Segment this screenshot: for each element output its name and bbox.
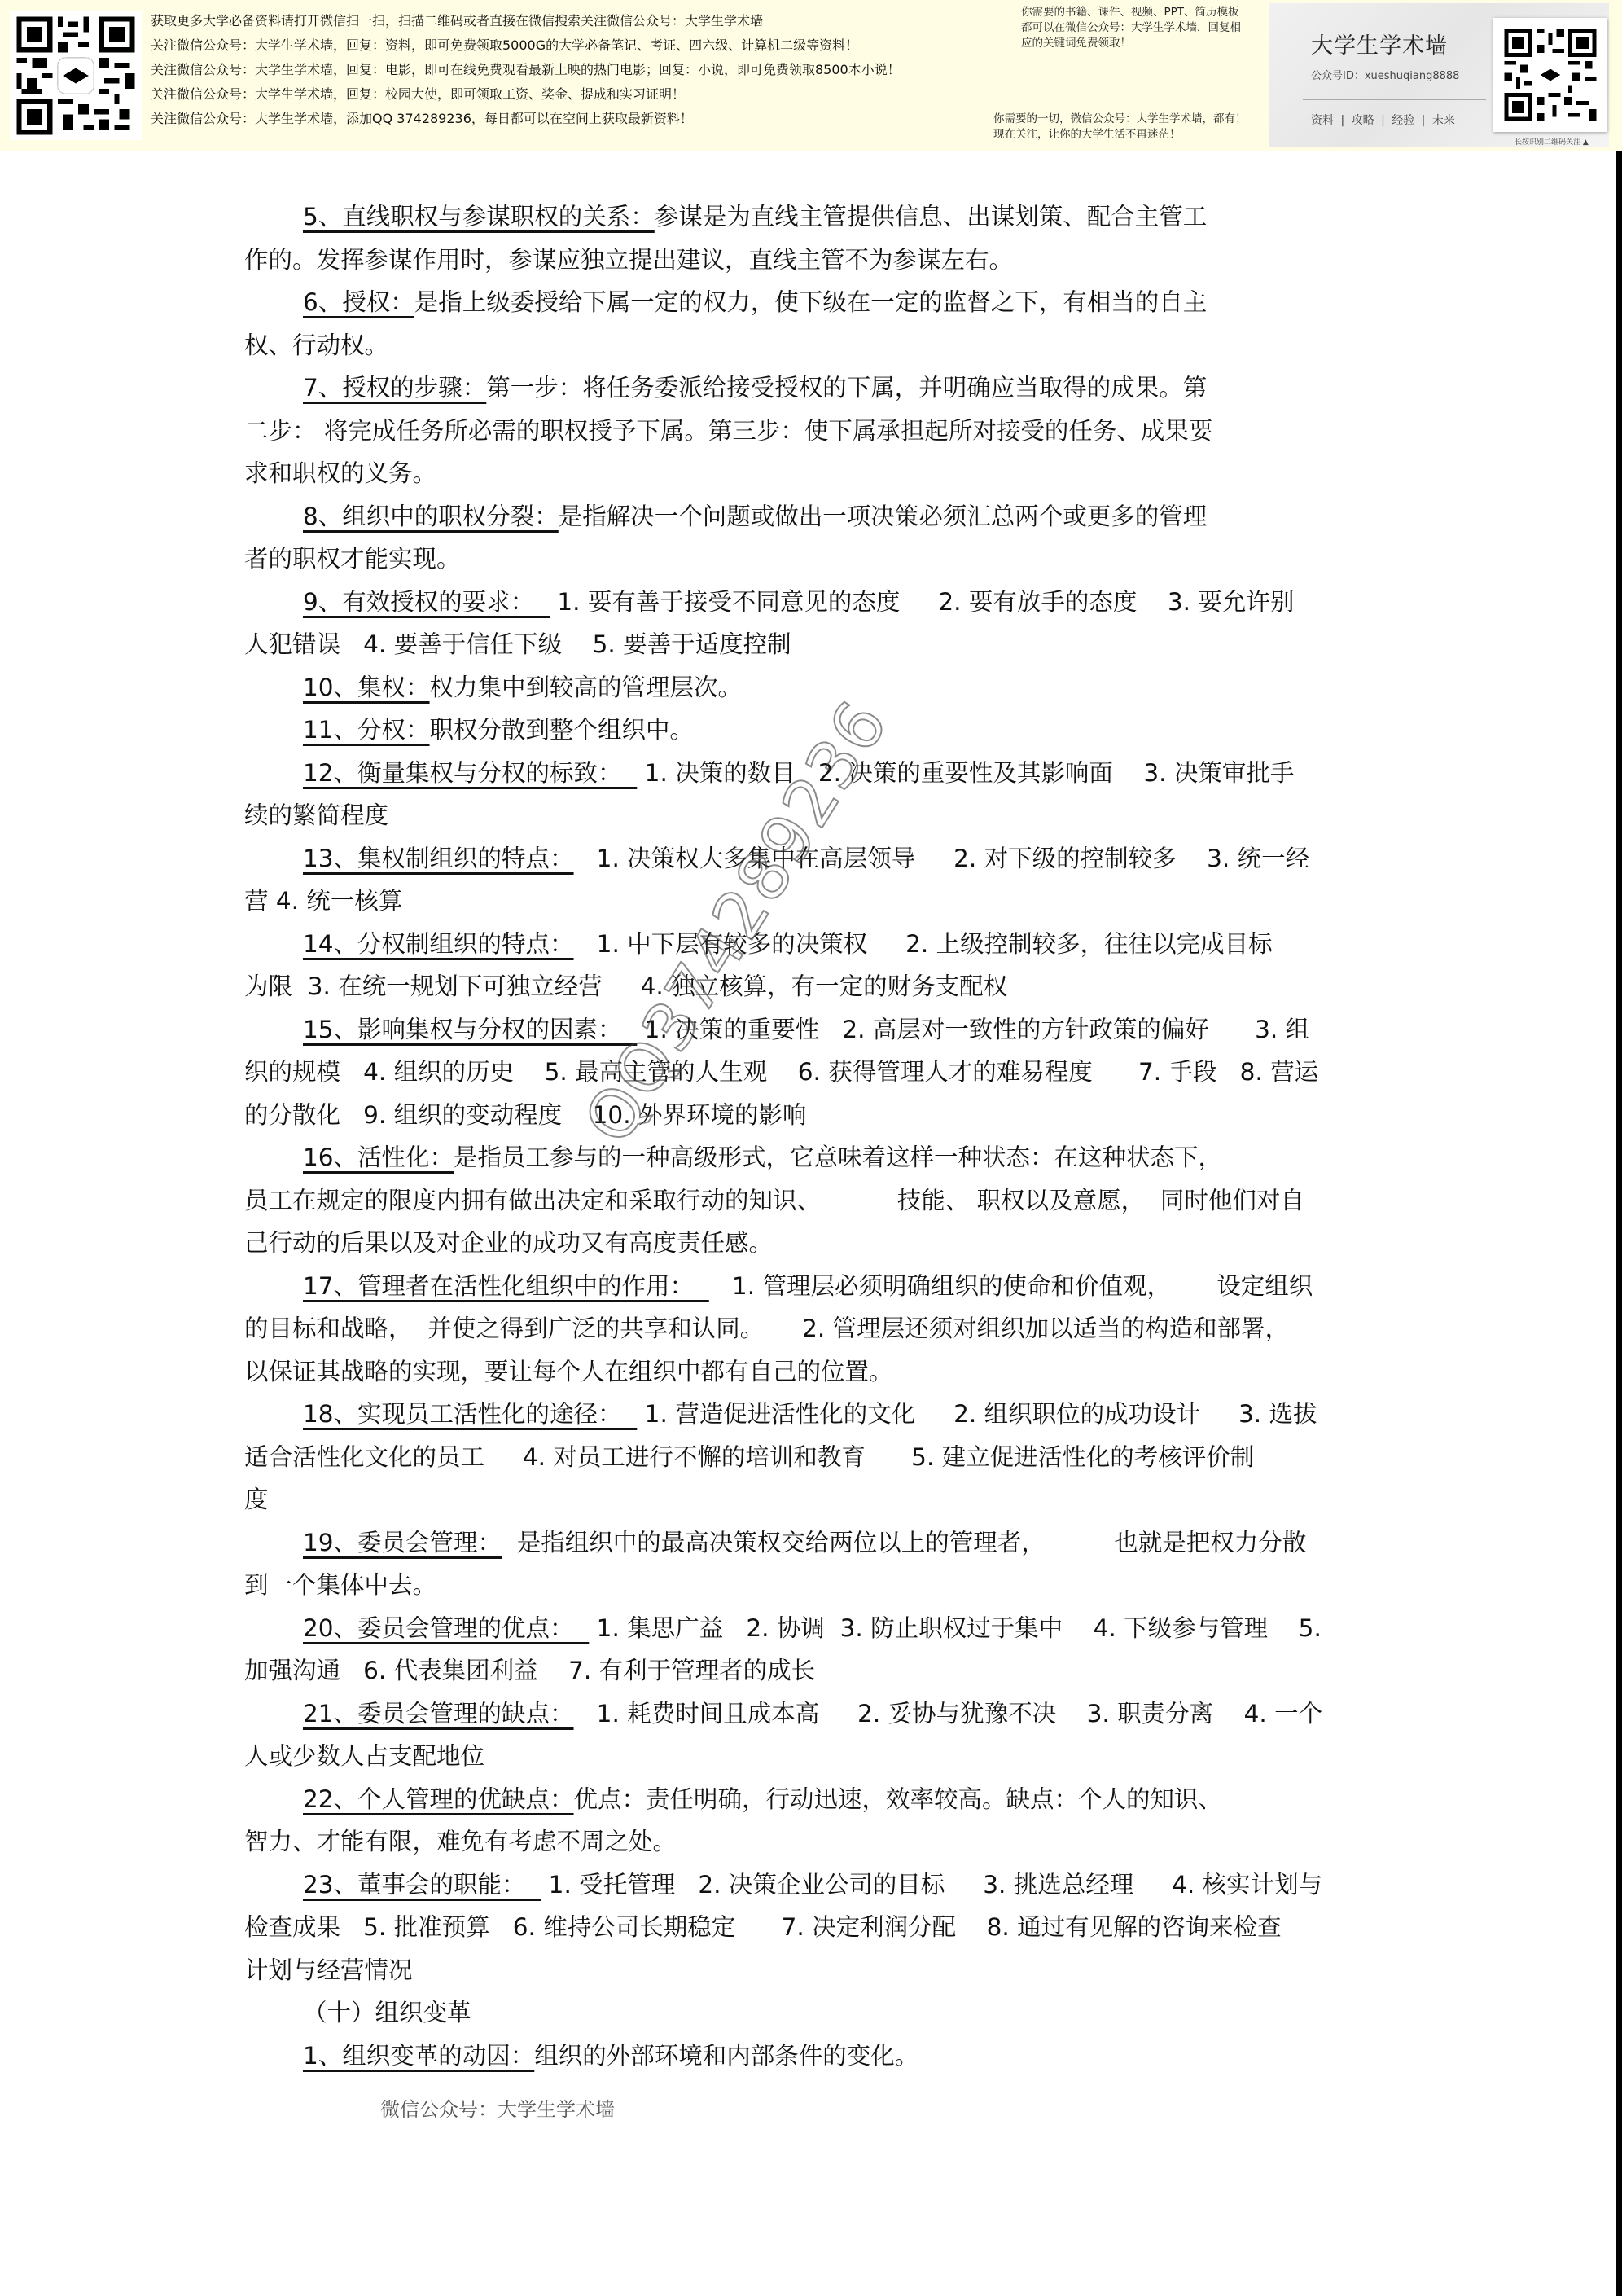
line-text: 人犯错误 4. 要善于信任下级 5. 要善于适度控制 — [244, 630, 791, 658]
side-note-line: 你需要的书籍、课件、视频、PPT、简历模板 — [1021, 5, 1239, 20]
term-heading: 9、有效授权的要求： — [303, 588, 550, 616]
text-line: 以保证其战略的实现，要让每个人在组织中都有自己的位置。 — [244, 1357, 893, 1386]
term-heading: 14、分权制组织的特点： — [303, 930, 574, 958]
text-line: 人或少数人占支配地位 — [244, 1741, 484, 1771]
line-text: 者的职权才能实现。 — [244, 545, 461, 573]
line-text: 1. 受托管理 2. 决策企业公司的目标 3. 挑选总经理 4. 核实计划与 — [541, 1871, 1322, 1899]
qr-code-icon — [1493, 18, 1607, 132]
text-line: 求和职权的义务。 — [244, 459, 436, 488]
definition-line: 6、授权：是指上级委授给下属一定的权力，使下级在一定的监督之下，有相当的自主 — [303, 288, 1207, 317]
term-heading: 8、组织中的职权分裂： — [303, 503, 559, 530]
line-text: 1. 决策权大多集中在高层领导 2. 对下级的控制较多 3. 统一经 — [574, 845, 1310, 872]
qr-caption: 长按识别二维码关注 ▲ — [1515, 136, 1589, 147]
text-line: 到一个集体中去。 — [244, 1570, 436, 1600]
text-line: 的分散化 9. 组织的变动程度 10. 外界环境的影响 — [244, 1100, 806, 1130]
line-text: 是指解决一个问题或做出一项决策必须汇总两个或更多的管理 — [559, 503, 1208, 530]
line-text: 织的规模 4. 组织的历史 5. 最高主管的人生观 6. 获得管理人才的难易程度… — [244, 1058, 1318, 1086]
term-heading: 16、活性化： — [303, 1144, 454, 1171]
line-text: 第一步：将任务委派给接受授权的下属，并明确应当取得的成果。第 — [486, 374, 1207, 402]
definition-line: 5、直线职权与参谋职权的关系：参谋是为直线主管提供信息、出谋划策、配合主管工 — [303, 202, 1207, 231]
definition-line: 12、衡量集权与分权的标致： 1. 决策的数目 2. 决策的重要性及其影响面 3… — [303, 758, 1294, 788]
term-heading: 7、授权的步骤： — [303, 374, 486, 402]
qr-code-right[interactable] — [1493, 18, 1607, 132]
line-text: 的目标和战略， 并使之得到广泛的共享和认同。 2. 管理层还须对组织加以适当的构… — [244, 1315, 1289, 1342]
account-id: 公众号ID：xueshuqiang8888 — [1311, 67, 1459, 82]
line-text: 优点：责任明确，行动迅速，效率较高。缺点：个人的知识、 — [574, 1785, 1223, 1813]
term-heading: 17、管理者在活性化组织中的作用： — [303, 1272, 709, 1300]
line-text: 员工在规定的限度内拥有做出决定和采取行动的知识、 技能、 职权以及意愿， 同时他… — [244, 1187, 1304, 1214]
line-text: 以保证其战略的实现，要让每个人在组织中都有自己的位置。 — [244, 1358, 893, 1385]
footer-note: 微信公众号：大学生学术墙 — [380, 2093, 615, 2122]
definition-line: 22、个人管理的优缺点：优点：责任明确，行动迅速，效率较高。缺点：个人的知识、 — [303, 1785, 1222, 1814]
term-heading: 22、个人管理的优缺点： — [303, 1785, 574, 1813]
line-text: 计划与经营情况 — [244, 1956, 413, 1984]
line-text: 续的繁简程度 — [244, 801, 388, 829]
definition-line: 7、授权的步骤：第一步：将任务委派给接受授权的下属，并明确应当取得的成果。第 — [303, 373, 1207, 402]
line-text: 1. 中下层有较多的决策权 2. 上级控制较多，往往以完成目标 — [574, 930, 1273, 958]
line-text: 到一个集体中去。 — [244, 1571, 436, 1599]
text-line: 计划与经营情况 — [244, 1956, 413, 1985]
line-text: 适合活性化文化的员工 4. 对员工进行不懈的培训和教育 5. 建立促进活性化的考… — [244, 1443, 1254, 1471]
text-line: 智力、才能有限，难免有考虑不周之处。 — [244, 1827, 677, 1856]
qr-code-left[interactable] — [10, 11, 142, 140]
promo-line: 关注微信公众号：大学生学术墙，添加QQ 374289236，每日都可以在空间上获… — [151, 111, 693, 127]
line-text: 是指员工参与的一种高级形式，它意味着这样一种状态：在这种状态下， — [454, 1144, 1222, 1171]
side-note-line: 应的关键词免费领取！ — [1021, 36, 1131, 51]
term-heading: 12、衡量集权与分权的标致： — [303, 759, 637, 787]
line-text: 1. 营造促进活性化的文化 2. 组织职位的成功设计 3. 选拔 — [637, 1400, 1317, 1428]
term-heading: 1、组织变革的动因： — [303, 2042, 534, 2070]
text-line: 续的繁简程度 — [244, 801, 388, 830]
definition-line: 11、分权：职权分散到整个组织中。 — [303, 715, 694, 744]
line-text: 度 — [244, 1486, 269, 1513]
term-heading: 11、分权： — [303, 716, 430, 744]
definition-line: 20、委员会管理的优点： 1. 集思广益 2. 协调 3. 防止职权过于集中 4… — [303, 1613, 1322, 1643]
line-text: 参谋是为直线主管提供信息、出谋划策、配合主管工 — [655, 203, 1208, 230]
line-text: 加强沟通 6. 代表集团利益 7. 有利于管理者的成长 — [244, 1657, 815, 1684]
text-line: （十）组织变革 — [303, 1998, 471, 2027]
line-text: 1. 决策的数目 2. 决策的重要性及其影响面 3. 决策审批手 — [637, 759, 1294, 787]
text-line: 己行动的后果以及对企业的成功又有高度责任感。 — [244, 1228, 773, 1258]
text-line: 人犯错误 4. 要善于信任下级 5. 要善于适度控制 — [244, 630, 791, 659]
text-line: 者的职权才能实现。 — [244, 544, 461, 573]
line-text: 作的。发挥参谋作用时，参谋应独立提出建议，直线主管不为参谋左右。 — [244, 246, 1013, 274]
line-text: 求和职权的义务。 — [244, 459, 436, 487]
definition-line: 9、有效授权的要求： 1. 要有善于接受不同意见的态度 2. 要有放手的态度 3… — [303, 587, 1294, 617]
qr-code-icon — [10, 11, 142, 140]
line-text: （十）组织变革 — [303, 1999, 471, 2026]
term-heading: 18、实现员工活性化的途径： — [303, 1400, 637, 1428]
definition-line: 14、分权制组织的特点： 1. 中下层有较多的决策权 2. 上级控制较多，往往以… — [303, 929, 1273, 959]
definition-line: 16、活性化：是指员工参与的一种高级形式，它意味着这样一种状态：在这种状态下， — [303, 1143, 1222, 1172]
promo-line: 获取更多大学必备资料请打开微信扫一扫，扫描二维码或者直接在微信搜索关注微信公众号… — [151, 13, 763, 29]
line-text: 营 4. 统一核算 — [244, 887, 402, 915]
text-line: 权、行动权。 — [244, 331, 388, 360]
line-text: 的分散化 9. 组织的变动程度 10. 外界环境的影响 — [244, 1101, 806, 1129]
line-text: 1. 耗费时间且成本高 2. 妥协与犹豫不决 3. 职责分离 4. 一个 — [574, 1700, 1323, 1727]
line-text: 己行动的后果以及对企业的成功又有高度责任感。 — [244, 1229, 773, 1257]
account-name: 大学生学术墙 — [1311, 28, 1448, 59]
term-heading: 5、直线职权与参谋职权的关系： — [303, 203, 655, 230]
text-line: 二步： 将完成任务所必需的职权授予下属。第三步：使下属承担起所对接受的任务、成果… — [244, 416, 1212, 446]
line-text: 是指组织中的最高决策权交给两位以上的管理者， 也就是把权力分散 — [502, 1529, 1306, 1556]
line-text: 1. 决策的重要性 2. 高层对一致性的方针政策的偏好 3. 组 — [637, 1016, 1309, 1043]
side-note-line: 都可以在微信公众号：大学生学术墙，回复相 — [1021, 20, 1241, 36]
account-tags: 资料 | 攻略 | 经验 | 未来 — [1311, 112, 1455, 128]
divider — [1303, 99, 1486, 100]
definition-line: 15、影响集权与分权的因素： 1. 决策的重要性 2. 高层对一致性的方针政策的… — [303, 1015, 1309, 1044]
line-text: 1. 管理层必须明确组织的使命和价值观， 设定组织 — [709, 1272, 1313, 1300]
definition-line: 10、集权：权力集中到较高的管理层次。 — [303, 673, 742, 702]
definition-line: 18、实现员工活性化的途径： 1. 营造促进活性化的文化 2. 组织职位的成功设… — [303, 1399, 1317, 1429]
term-heading: 13、集权制组织的特点： — [303, 845, 574, 872]
definition-line: 8、组织中的职权分裂：是指解决一个问题或做出一项决策必须汇总两个或更多的管理 — [303, 502, 1207, 531]
line-text: 人或少数人占支配地位 — [244, 1742, 484, 1770]
line-text: 职权分散到整个组织中。 — [430, 716, 695, 744]
line-text: 权、行动权。 — [244, 331, 388, 359]
page-edge-bar — [1616, 151, 1622, 2296]
line-text: 检查成果 5. 批准预算 6. 维持公司长期稳定 7. 决定利润分配 8. 通过… — [244, 1913, 1282, 1941]
text-line: 的目标和战略， 并使之得到广泛的共享和认同。 2. 管理层还须对组织加以适当的构… — [244, 1314, 1289, 1343]
text-line: 检查成果 5. 批准预算 6. 维持公司长期稳定 7. 决定利润分配 8. 通过… — [244, 1912, 1282, 1942]
line-text: 为限 3. 在统一规划下可独立经营 4. 独立核算，有一定的财务支配权 — [244, 972, 1007, 1000]
term-heading: 21、委员会管理的缺点： — [303, 1700, 574, 1727]
text-line: 度 — [244, 1485, 269, 1514]
term-heading: 15、影响集权与分权的因素： — [303, 1016, 637, 1043]
text-line: 适合活性化文化的员工 4. 对员工进行不懈的培训和教育 5. 建立促进活性化的考… — [244, 1442, 1254, 1472]
promo-line: 关注微信公众号：大学生学术墙，回复：校园大使，即可领取工资、奖金、提成和实习证明… — [151, 86, 685, 103]
definition-line: 19、委员会管理： 是指组织中的最高决策权交给两位以上的管理者， 也就是把权力分… — [303, 1528, 1306, 1557]
text-line: 营 4. 统一核算 — [244, 886, 402, 915]
definition-line: 13、集权制组织的特点： 1. 决策权大多集中在高层领导 2. 对下级的控制较多… — [303, 844, 1309, 873]
promo-banner: 获取更多大学必备资料请打开微信扫一扫，扫描二维码或者直接在微信搜索关注微信公众号… — [0, 0, 1622, 151]
line-text: 1. 集思广益 2. 协调 3. 防止职权过于集中 4. 下级参与管理 5. — [589, 1614, 1322, 1642]
side-note-line: 现在关注，让你的大学生活不再迷茫！ — [993, 127, 1181, 143]
definition-line: 21、委员会管理的缺点： 1. 耗费时间且成本高 2. 妥协与犹豫不决 3. 职… — [303, 1699, 1322, 1728]
text-line: 为限 3. 在统一规划下可独立经营 4. 独立核算，有一定的财务支配权 — [244, 972, 1007, 1001]
line-text: 二步： 将完成任务所必需的职权授予下属。第三步：使下属承担起所对接受的任务、成果… — [244, 417, 1212, 445]
term-heading: 6、授权： — [303, 288, 414, 316]
text-line: 织的规模 4. 组织的历史 5. 最高主管的人生观 6. 获得管理人才的难易程度… — [244, 1057, 1318, 1087]
definition-line: 1、组织变革的动因：组织的外部环境和内部条件的变化。 — [303, 2041, 918, 2070]
term-heading: 10、集权： — [303, 674, 430, 701]
line-text: 组织的外部环境和内部条件的变化。 — [534, 2042, 918, 2070]
text-line: 加强沟通 6. 代表集团利益 7. 有利于管理者的成长 — [244, 1656, 815, 1685]
line-text: 是指上级委授给下属一定的权力，使下级在一定的监督之下，有相当的自主 — [414, 288, 1208, 316]
promo-line: 关注微信公众号：大学生学术墙，回复：电影，即可在线免费观看最新上映的热门电影；回… — [151, 62, 901, 78]
line-text: 智力、才能有限，难免有考虑不周之处。 — [244, 1828, 677, 1855]
term-heading: 20、委员会管理的优点： — [303, 1614, 589, 1642]
term-heading: 23、董事会的职能： — [303, 1871, 541, 1899]
term-heading: 19、委员会管理： — [303, 1529, 502, 1556]
text-line: 员工在规定的限度内拥有做出决定和采取行动的知识、 技能、 职权以及意愿， 同时他… — [244, 1186, 1304, 1215]
text-line: 作的。发挥参谋作用时，参谋应独立提出建议，直线主管不为参谋左右。 — [244, 245, 1013, 274]
line-text: 1. 要有善于接受不同意见的态度 2. 要有放手的态度 3. 要允许别 — [550, 588, 1294, 616]
definition-line: 23、董事会的职能： 1. 受托管理 2. 决策企业公司的目标 3. 挑选总经理… — [303, 1870, 1322, 1899]
side-note-line: 你需要的一切，微信公众号：大学生学术墙，都有！ — [993, 112, 1247, 127]
promo-line: 关注微信公众号：大学生学术墙，回复：资料，即可免费领取5000G的大学必备笔记、… — [151, 37, 858, 54]
definition-line: 17、管理者在活性化组织中的作用： 1. 管理层必须明确组织的使命和价值观， 设… — [303, 1271, 1313, 1301]
line-text: 权力集中到较高的管理层次。 — [430, 674, 743, 701]
